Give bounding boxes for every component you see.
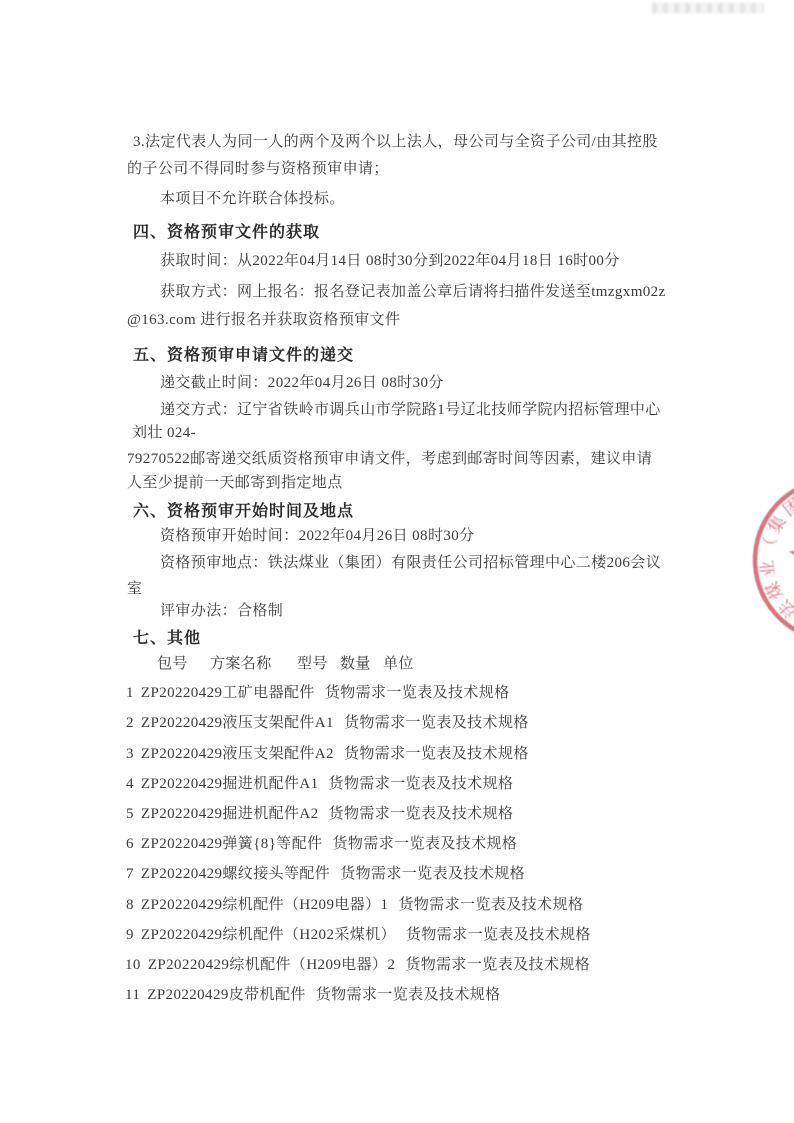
- package-no: 10: [125, 956, 141, 974]
- package-no: 1: [126, 684, 134, 702]
- package-row-1: 1ZP20220429工矿电器配件货物需求一览表及技术规格: [126, 684, 510, 702]
- review-location: 资格预审地点：铁法煤业（集团）有限责任公司招标管理中心二楼206会议: [160, 554, 661, 572]
- section-5-heading: 五、资格预审申请文件的递交: [133, 347, 354, 365]
- submit-contact: 刘壮 024-: [132, 424, 196, 442]
- submit-method: 递交方式：辽宁省铁岭市调兵山市学院路1号辽北技师学院内招标管理中心: [160, 401, 661, 419]
- seal-star-icon: [784, 506, 794, 605]
- package-row-6: 6ZP20220429弹簧{8}等配件货物需求一览表及技术规格: [126, 835, 517, 853]
- package-spec: 货物需求一览表及技术规格: [325, 685, 510, 701]
- col-model: 型号: [297, 655, 328, 673]
- acquire-method-cont: @163.com 进行报名并获取资格预审文件: [127, 311, 400, 329]
- col-quantity: 数量: [340, 655, 371, 673]
- package-row-9: 9ZP20220429综机配件（H202采煤机）货物需求一览表及技术规格: [126, 926, 591, 944]
- document-page: 3.法定代表人为同一人的两个及两个以上法人，母公司与全资子公司/由其控股 的子公…: [0, 0, 794, 1123]
- package-name: ZP20220429工矿电器配件: [141, 685, 315, 701]
- package-no: 5: [126, 805, 134, 823]
- submit-method-cont: 79270522邮寄递交纸质资格预审申请文件，考虑到邮寄时间等因素，建议申请: [127, 450, 652, 468]
- package-row-2: 2ZP20220429液压支架配件A1货物需求一览表及技术规格: [126, 714, 529, 732]
- seal-ring: [745, 469, 794, 652]
- review-location-cont: 室: [127, 580, 142, 598]
- submit-deadline: 递交截止时间：2022年04月26日 08时30分: [160, 374, 444, 392]
- section-6-heading: 六、资格预审开始时间及地点: [133, 503, 354, 521]
- submit-method-cont2: 人至少提前一天邮寄到指定地点: [127, 474, 343, 492]
- review-method: 评审办法：合格制: [160, 602, 283, 620]
- no-consortium-note: 本项目不允许联合体投标。: [160, 190, 345, 208]
- package-row-10: 10ZP20220429综机配件（H209电器）2货物需求一览表及技术规格: [125, 956, 590, 974]
- acquire-time: 获取时间：从2022年04月14日 08时30分到2022年04月18日 16时…: [160, 252, 620, 270]
- package-no: 8: [126, 896, 134, 914]
- package-no: 7: [126, 865, 134, 883]
- package-spec: 货物需求一览表及技术规格: [405, 957, 590, 973]
- package-name: ZP20220429液压支架配件A2: [141, 746, 334, 762]
- package-spec: 货物需求一览表及技术规格: [398, 897, 583, 913]
- package-spec: 货物需求一览表及技术规格: [329, 776, 514, 792]
- package-row-11: 11ZP20220429皮带机配件货物需求一览表及技术规格: [125, 986, 501, 1004]
- package-spec: 货物需求一览表及技术规格: [340, 866, 525, 882]
- package-name: ZP20220429掘进机配件A1: [141, 776, 319, 792]
- scan-artifact: [652, 3, 764, 13]
- review-start-time: 资格预审开始时间：2022年04月26日 08时30分: [160, 527, 475, 545]
- package-row-5: 5ZP20220429掘进机配件A2货物需求一览表及技术规格: [126, 805, 513, 823]
- package-name: ZP20220429弹簧{8}等配件: [141, 836, 323, 852]
- package-spec: 货物需求一览表及技术规格: [329, 806, 514, 822]
- col-scheme-name: 方案名称: [210, 655, 272, 673]
- package-spec: 货物需求一览表及技术规格: [316, 987, 501, 1003]
- package-row-4: 4ZP20220429掘进机配件A1货物需求一览表及技术规格: [126, 775, 513, 793]
- package-no: 4: [126, 775, 134, 793]
- company-seal-stamp: 铁法煤业（集团）有限责任公司: [739, 463, 794, 657]
- clause-3-line-2: 的子公司不得同时参与资格预审申请；: [127, 160, 389, 178]
- package-spec: 货物需求一览表及技术规格: [344, 746, 529, 762]
- package-name: ZP20220429皮带机配件: [147, 987, 306, 1003]
- package-name: ZP20220429综机配件（H202采煤机）: [141, 927, 396, 943]
- package-row-3: 3ZP20220429液压支架配件A2货物需求一览表及技术规格: [126, 745, 529, 763]
- package-row-7: 7ZP20220429螺纹接头等配件货物需求一览表及技术规格: [126, 865, 525, 883]
- package-no: 9: [126, 926, 134, 944]
- package-name: ZP20220429综机配件（H209电器）1: [141, 897, 389, 913]
- package-name: ZP20220429液压支架配件A1: [141, 715, 334, 731]
- package-spec: 货物需求一览表及技术规格: [333, 836, 518, 852]
- package-spec: 货物需求一览表及技术规格: [406, 927, 591, 943]
- section-7-heading: 七、其他: [133, 630, 201, 648]
- acquire-method: 获取方式：网上报名：报名登记表加盖公章后请将扫描件发送至tmzgxm02z: [160, 283, 666, 301]
- package-no: 3: [126, 745, 134, 763]
- package-no: 11: [125, 986, 140, 1004]
- col-unit: 单位: [383, 655, 414, 673]
- clause-3-line-1: 3.法定代表人为同一人的两个及两个以上法人，母公司与全资子公司/由其控股: [133, 133, 658, 151]
- seal-ring-text: 铁法煤业（集团）有限责任公司: [747, 471, 794, 640]
- package-no: 2: [126, 714, 134, 732]
- package-name: ZP20220429综机配件（H209电器）2: [148, 957, 396, 973]
- package-spec: 货物需求一览表及技术规格: [344, 715, 529, 731]
- package-name: ZP20220429掘进机配件A2: [141, 806, 319, 822]
- col-package-no: 包号: [157, 655, 188, 673]
- package-name: ZP20220429螺纹接头等配件: [141, 866, 330, 882]
- section-4-heading: 四、资格预审文件的获取: [133, 224, 320, 242]
- package-no: 6: [126, 835, 134, 853]
- package-row-8: 8ZP20220429综机配件（H209电器）1货物需求一览表及技术规格: [126, 896, 583, 914]
